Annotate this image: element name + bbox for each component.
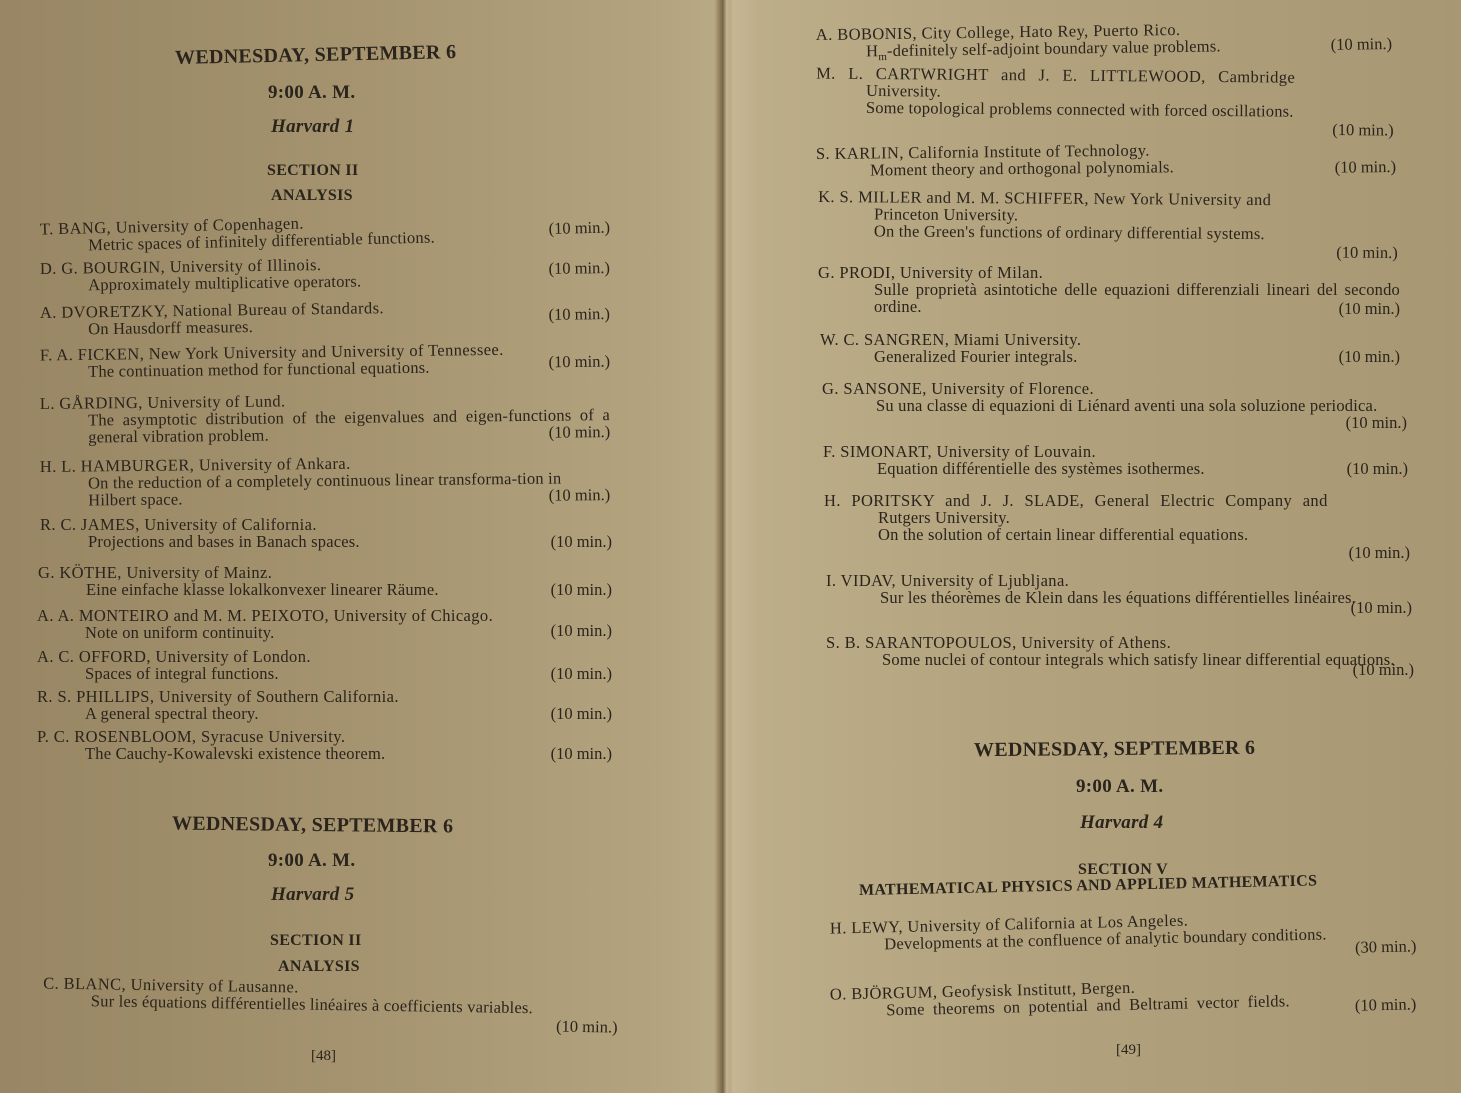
talk-speaker: A. C. OFFORD, University of London. <box>37 648 612 665</box>
talk-duration: (10 min.) <box>1353 661 1414 678</box>
talk-title-text: -definitely self-adjoint boundary value … <box>887 36 1221 60</box>
section-topic: ANALYSIS <box>271 187 353 205</box>
talk-duration: (10 min.) <box>1336 244 1398 261</box>
title-math-subscript: m <box>878 51 887 63</box>
talk-duration: (10 min.) <box>1351 599 1412 616</box>
session-room: Harvard 1 <box>271 116 354 138</box>
talk-duration: (10 min.) <box>551 581 612 598</box>
talk-duration: (10 min.) <box>1349 544 1410 561</box>
talk-speaker: R. S. PHILLIPS, University of Southern C… <box>37 688 612 705</box>
talk-title: Su una classe di equazioni di Liénard av… <box>822 397 1407 414</box>
talk-title: On the Green's functions of ordinary dif… <box>818 222 1398 243</box>
talk-speaker: S. B. SARANTOPOULOS, University of Athen… <box>826 634 1414 651</box>
talk-speaker: W. C. SANGREN, Miami University. <box>820 331 1400 348</box>
talk-title: The asymptotic distribution of the eigen… <box>40 406 610 446</box>
section-topic: MATHEMATICAL PHYSICS AND APPLIED MATHEMA… <box>859 872 1318 900</box>
talk-entry: A. A. MONTEIRO and M. M. PEIXOTO, Univer… <box>37 607 612 641</box>
talk-entry: R. S. PHILLIPS, University of Southern C… <box>37 688 612 722</box>
talk-title: Some nuclei of contour integrals which s… <box>826 651 1414 668</box>
talk-entry: D. G. BOURGIN, University of Illinois. A… <box>40 252 610 294</box>
session-room: Harvard 5 <box>271 884 354 906</box>
page-number: [49] <box>1116 1042 1141 1059</box>
talk-duration: (10 min.) <box>549 486 611 504</box>
session-day: WEDNESDAY, SEPTEMBER 6 <box>974 737 1256 762</box>
talk-entry: M. L. CARTWRIGHT and J. E. LITTLEWOOD, C… <box>816 64 1394 120</box>
talk-title: Eine einfache klasse lokalkonvexer linea… <box>38 581 612 598</box>
talk-speaker: F. SIMONART, University of Louvain. <box>823 443 1408 460</box>
session-time: 9:00 A. M. <box>268 82 355 104</box>
talk-duration: (10 min.) <box>1332 121 1394 139</box>
talk-title: Sur les théorèmes de Klein dans les équa… <box>826 589 1412 606</box>
talk-speaker: R. C. JAMES, University of California. <box>40 516 612 533</box>
talk-entry: K. S. MILLER and M. M. SCHIFFER, New Yor… <box>818 188 1398 243</box>
session-day: WEDNESDAY, SEPTEMBER 6 <box>172 813 454 839</box>
left-page: WEDNESDAY, SEPTEMBER 6 9:00 A. M. Harvar… <box>0 0 720 1093</box>
talk-entry: S. B. SARANTOPOULOS, University of Athen… <box>826 634 1414 668</box>
talk-speaker: H. PORITSKY and J. J. SLADE, General Ele… <box>824 492 1410 509</box>
book-spread: WEDNESDAY, SEPTEMBER 6 9:00 A. M. Harvar… <box>0 0 1461 1093</box>
talk-entry: G. SANSONE, University of Florence. Su u… <box>822 380 1407 414</box>
talk-entry: L. GÅRDING, University of Lund. The asym… <box>40 389 611 446</box>
talk-entry: C. BLANC, University of Lausanne. Sur le… <box>43 974 618 1017</box>
talk-entry: A. C. OFFORD, University of London. Spac… <box>37 648 612 682</box>
talk-duration: (10 min.) <box>551 622 612 639</box>
talk-duration: (10 min.) <box>548 259 610 277</box>
right-page: A. BOBONIS, City College, Hato Rey, Puer… <box>728 0 1461 1093</box>
talk-entry: R. C. JAMES, University of California. P… <box>40 516 612 550</box>
talk-speaker-continued: Rutgers University. <box>824 509 1410 526</box>
talk-duration: (10 min.) <box>1339 348 1400 365</box>
talk-duration: (10 min.) <box>551 533 612 550</box>
talk-entry: G. PRODI, University of Milan. Sulle pro… <box>818 264 1400 315</box>
talk-speaker: A. A. MONTEIRO and M. M. PEIXOTO, Univer… <box>37 607 612 624</box>
page-number: [48] <box>311 1048 336 1065</box>
talk-title: Sulle proprietà asintotiche delle equazi… <box>818 281 1400 315</box>
talk-duration: (10 min.) <box>549 423 611 441</box>
talk-duration: (10 min.) <box>1355 995 1417 1013</box>
section-topic: ANALYSIS <box>278 958 360 976</box>
talk-speaker: G. SANSONE, University of Florence. <box>822 380 1407 397</box>
talk-duration: (10 min.) <box>551 665 612 682</box>
talk-duration: (10 min.) <box>548 305 610 323</box>
talk-entry: P. C. ROSENBLOOM, Syracuse University. T… <box>37 728 612 762</box>
talk-duration: (10 min.) <box>549 353 611 371</box>
talk-title: A general spectral theory. <box>37 705 612 722</box>
talk-speaker: P. C. ROSENBLOOM, Syracuse University. <box>37 728 612 745</box>
talk-title: The Cauchy-Kowalevski existence theorem. <box>37 745 612 762</box>
talk-duration: (30 min.) <box>1355 937 1417 955</box>
section-number: SECTION II <box>270 932 361 950</box>
talk-title: Spaces of integral functions. <box>37 665 612 682</box>
talk-entry: A. BOBONIS, City College, Hato Rey, Puer… <box>816 18 1393 67</box>
talk-entry: T. BANG, University of Copenhagen. Metri… <box>40 208 611 255</box>
session-day: WEDNESDAY, SEPTEMBER 6 <box>175 41 457 70</box>
talk-speaker: G. PRODI, University of Milan. <box>818 264 1400 281</box>
talk-entry: F. A. FICKEN, New York University and Un… <box>40 340 610 381</box>
talk-entry: S. KARLIN, California Institute of Techn… <box>816 139 1396 179</box>
talk-title: Generalized Fourier integrals. <box>820 348 1400 365</box>
talk-duration: (10 min.) <box>551 745 612 762</box>
session-time: 9:00 A. M. <box>1076 776 1163 798</box>
talk-title: Note on uniform continuity. <box>37 624 612 641</box>
talk-duration: (10 min.) <box>1347 460 1408 477</box>
talk-duration: (10 min.) <box>556 1018 618 1036</box>
talk-entry: H. PORITSKY and J. J. SLADE, General Ele… <box>824 492 1410 543</box>
talk-title: On the solution of certain linear differ… <box>824 526 1410 543</box>
session-room: Harvard 4 <box>1080 812 1163 834</box>
talk-title: Equation différentielle des systèmes iso… <box>823 460 1408 477</box>
talk-duration: (10 min.) <box>551 705 612 722</box>
talk-entry: G. KÖTHE, University of Mainz. Eine einf… <box>38 564 612 598</box>
talk-title: Moment theory and orthogonal polynomials… <box>816 156 1396 179</box>
talk-duration: (10 min.) <box>1339 300 1400 317</box>
talk-entry: H. LEWY, University of California at Los… <box>830 906 1417 953</box>
talk-title: On the reduction of a completely continu… <box>40 469 610 509</box>
section-number: SECTION II <box>267 162 358 180</box>
talk-speaker: G. KÖTHE, University of Mainz. <box>38 564 612 581</box>
talk-entry: I. VIDAV, University of Ljubljana. Sur l… <box>826 572 1412 606</box>
talk-duration: (10 min.) <box>1335 158 1397 176</box>
talk-duration: (10 min.) <box>1346 414 1407 431</box>
session-time: 9:00 A. M. <box>268 850 355 872</box>
talk-entry: H. L. HAMBURGER, University of Ankara. O… <box>40 452 611 509</box>
talk-duration: (10 min.) <box>1331 35 1393 53</box>
talk-duration: (10 min.) <box>548 219 610 237</box>
talk-title: Some topological problems connected with… <box>816 98 1394 120</box>
talk-entry: A. DVORETZKY, National Bureau of Standar… <box>40 296 610 338</box>
talk-speaker: I. VIDAV, University of Ljubljana. <box>826 572 1412 589</box>
title-math-symbol: H <box>866 41 878 60</box>
talk-entry: O. BJÖRGUM, Geofysisk Institutt, Bergen.… <box>830 972 1417 1019</box>
talk-entry: W. C. SANGREN, Miami University. General… <box>820 331 1400 365</box>
talk-title: Projections and bases in Banach spaces. <box>40 533 612 550</box>
talk-entry: F. SIMONART, University of Louvain. Equa… <box>823 443 1408 477</box>
